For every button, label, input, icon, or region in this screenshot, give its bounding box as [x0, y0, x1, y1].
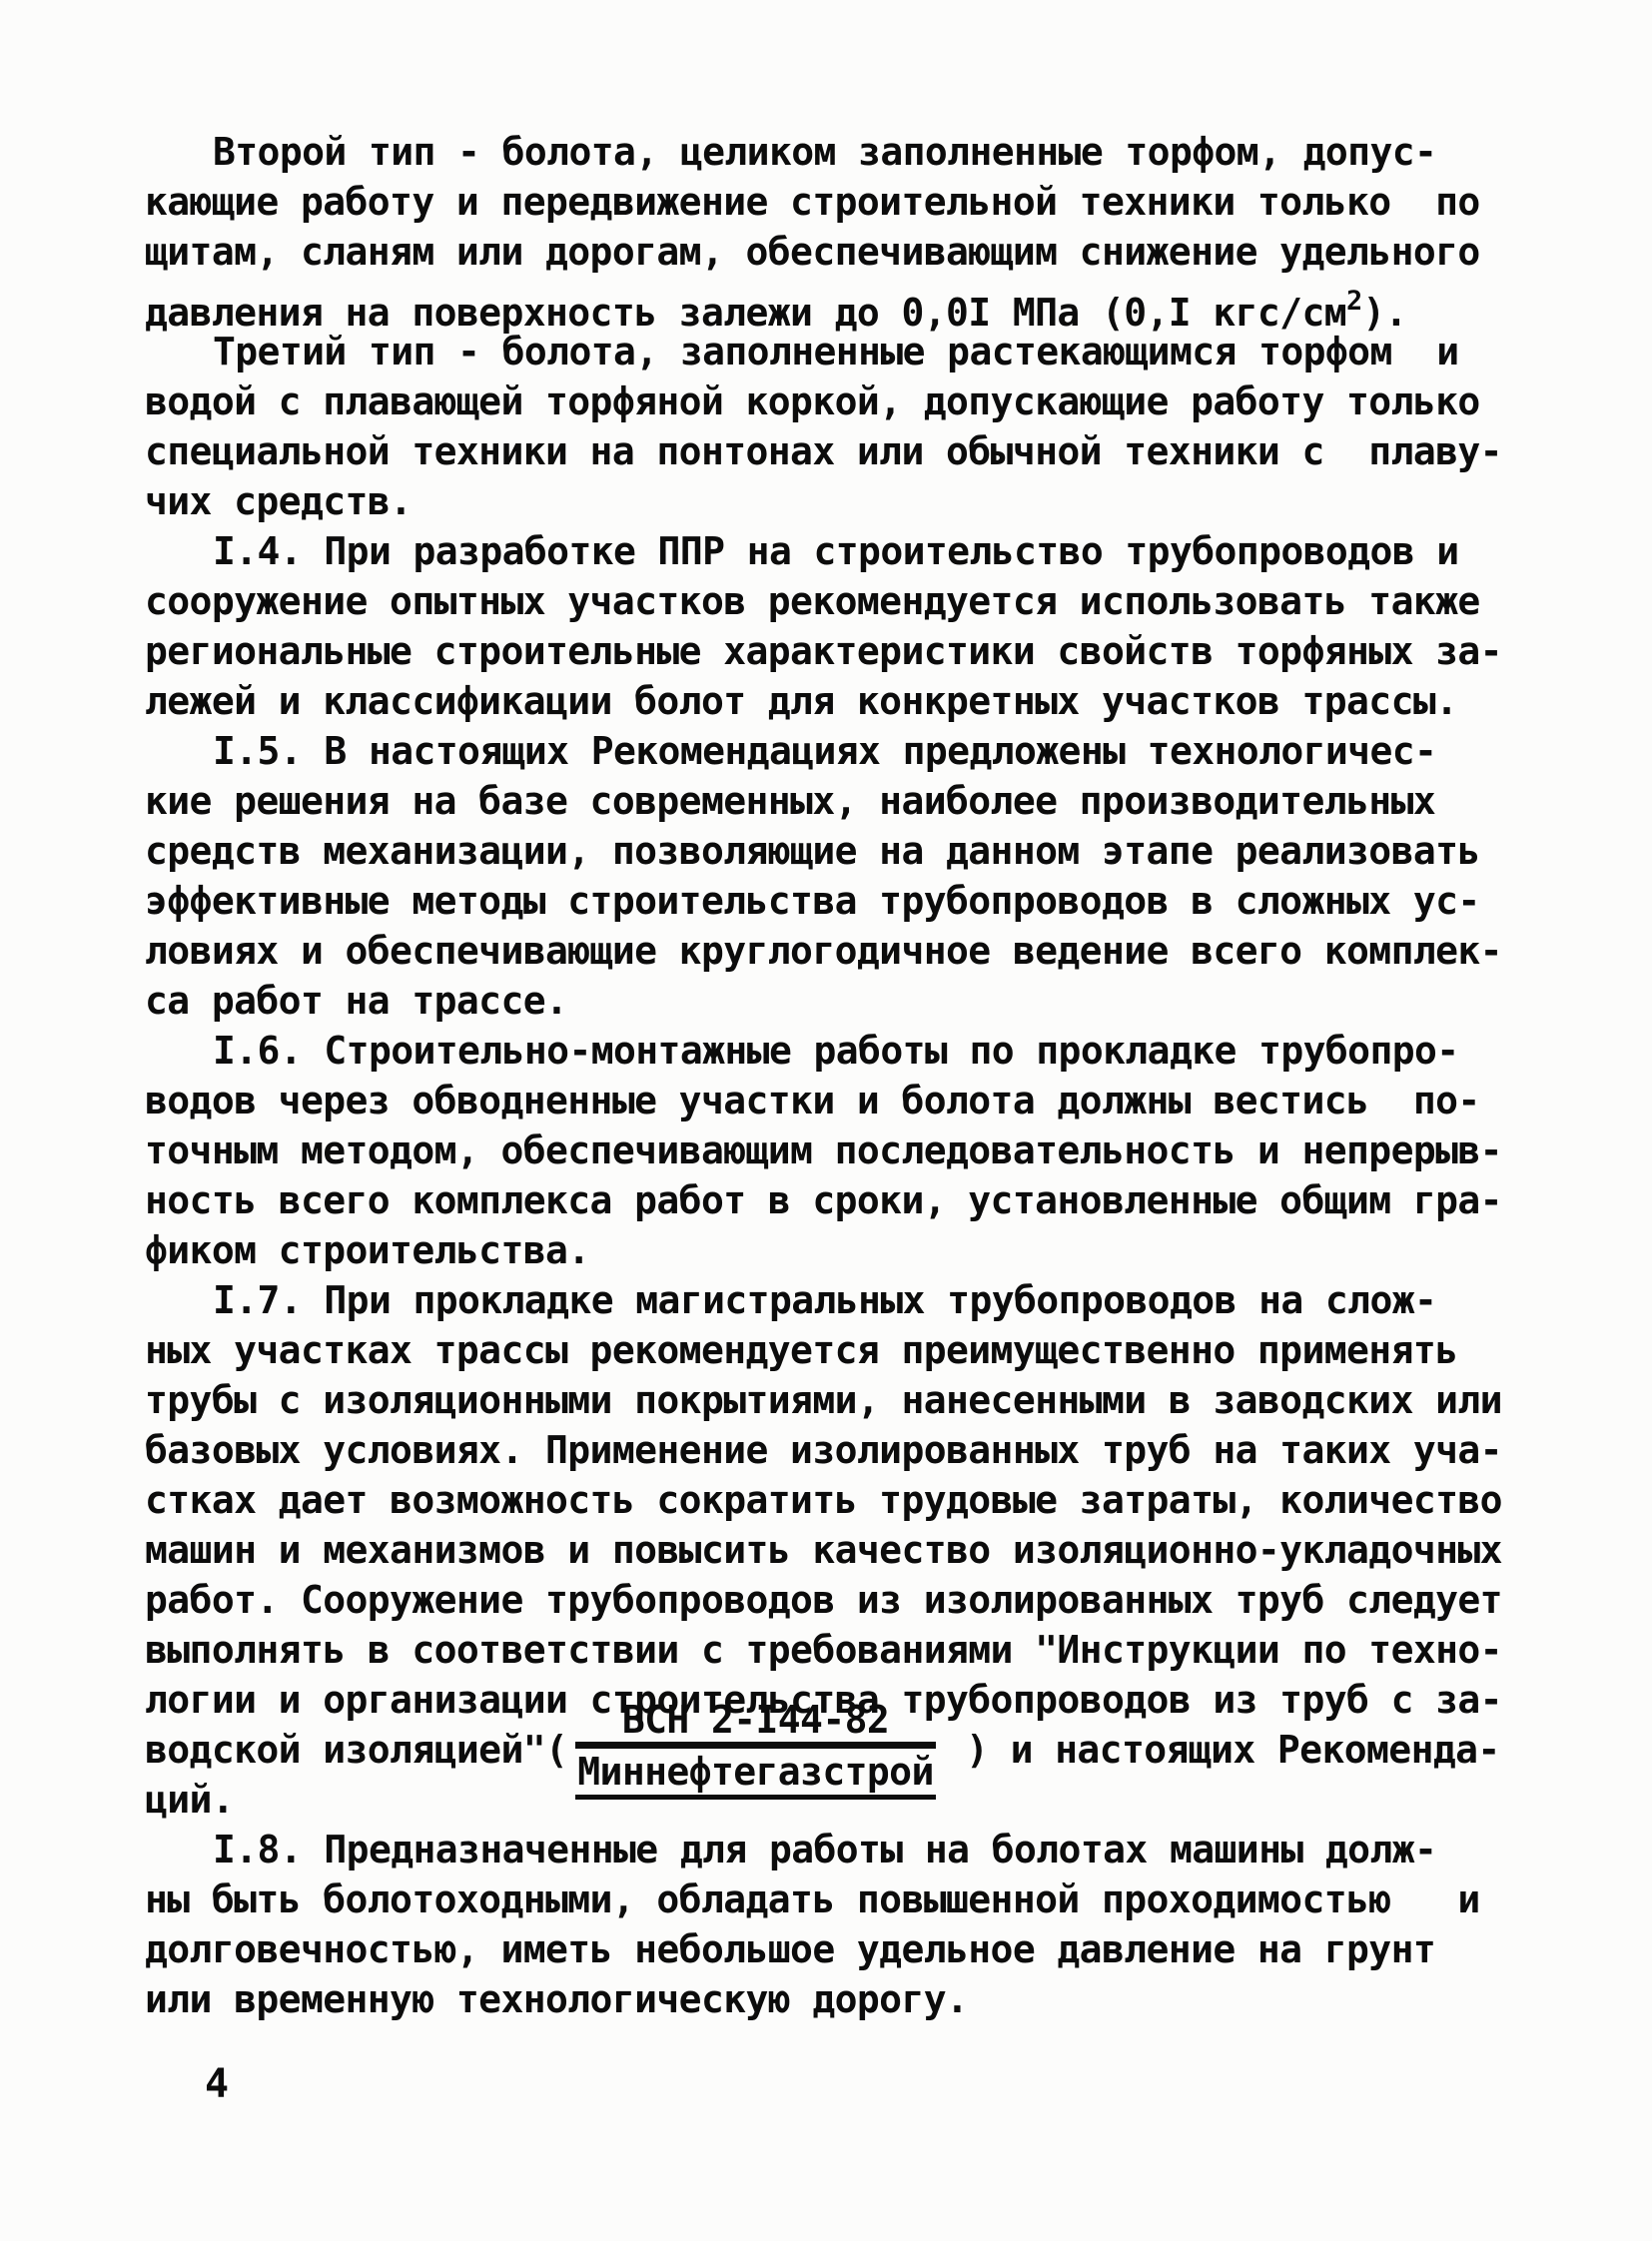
text-line: са работ на трассе. [145, 976, 1538, 1026]
text-line: точным методом, обеспечивающим последова… [145, 1125, 1538, 1175]
text-line: I.6. Строительно-монтажные работы по про… [145, 1026, 1538, 1076]
text-line: водов через обводненные участки и болота… [145, 1076, 1538, 1125]
page-number: 4 [205, 2059, 229, 2109]
text-line: чих средств. [145, 476, 1538, 526]
formula-fraction: ВСН 2-I44-82Миннефтегазстрой [575, 1698, 935, 1800]
text-line: ных участках трассы рекомендуется преиму… [145, 1325, 1538, 1375]
text-line: или временную технологическую дорогу. [145, 1974, 1538, 2024]
line-text-before: водской изоляцией"( [145, 1728, 567, 1772]
text-line: I.4. При разработке ППР на строительство… [145, 526, 1538, 576]
text-block: Второй тип - болота, целиком заполненные… [145, 127, 1538, 2024]
text-line: кающие работу и передвижение строительно… [145, 177, 1538, 227]
text-line: I.5. В настоящих Рекомендациях предложен… [145, 726, 1538, 776]
text-line: базовых условиях. Применение изолированн… [145, 1425, 1538, 1475]
text-line: Третий тип - болота, заполненные растека… [145, 327, 1538, 376]
text-line: ловиях и обеспечивающие круглогодичное в… [145, 926, 1538, 976]
text-line: давления на поверхность залежи до 0,0I М… [145, 277, 1538, 327]
text-line: сооружение опытных участков рекомендуетс… [145, 576, 1538, 626]
formula-denominator: Миннефтегазстрой [575, 1749, 935, 1800]
text-line: машин и механизмов и повысить качество и… [145, 1525, 1538, 1575]
text-line: стках дает возможность сократить трудовы… [145, 1475, 1538, 1525]
text-line: щитам, сланям или дорогам, обеспечивающи… [145, 227, 1538, 277]
text-line: эффективные методы строительства трубопр… [145, 876, 1538, 926]
formula-numerator: ВСН 2-I44-82 [575, 1698, 935, 1749]
text-line: кие решения на базе современных, наиболе… [145, 776, 1538, 826]
text-line: водской изоляцией"(ВСН 2-I44-82Миннефтег… [145, 1725, 1538, 1775]
text-line: ность всего комплекса работ в сроки, уст… [145, 1175, 1538, 1225]
text-line: выполнять в соответствии с требованиями … [145, 1625, 1538, 1675]
text-line: ны быть болотоходными, обладать повышенн… [145, 1874, 1538, 1924]
text-line: долговечностью, иметь небольшое удельное… [145, 1924, 1538, 1974]
text-line: трубы с изоляционными покрытиями, нанесе… [145, 1375, 1538, 1425]
line-text-after: ) и настоящих Рекоменда- [944, 1728, 1500, 1772]
text-line: региональные строительные характеристики… [145, 626, 1538, 676]
text-line: I.8. Предназначенные для работы на болот… [145, 1825, 1538, 1874]
superscript-exponent: 2 [1346, 286, 1362, 317]
text-line: I.7. При прокладке магистральных трубопр… [145, 1275, 1538, 1325]
text-line: водой с плавающей торфяной коркой, допус… [145, 376, 1538, 426]
scanned-document-page: Второй тип - болота, целиком заполненные… [0, 0, 1652, 2241]
text-line: фиком строительства. [145, 1225, 1538, 1275]
text-line: лежей и классификации болот для конкретн… [145, 676, 1538, 726]
text-line: работ. Сооружение трубопроводов из изоли… [145, 1575, 1538, 1625]
text-line: Второй тип - болота, целиком заполненные… [145, 127, 1538, 177]
text-line: специальной техники на понтонах или обыч… [145, 426, 1538, 476]
text-line: средств механизации, позволяющие на данн… [145, 826, 1538, 876]
